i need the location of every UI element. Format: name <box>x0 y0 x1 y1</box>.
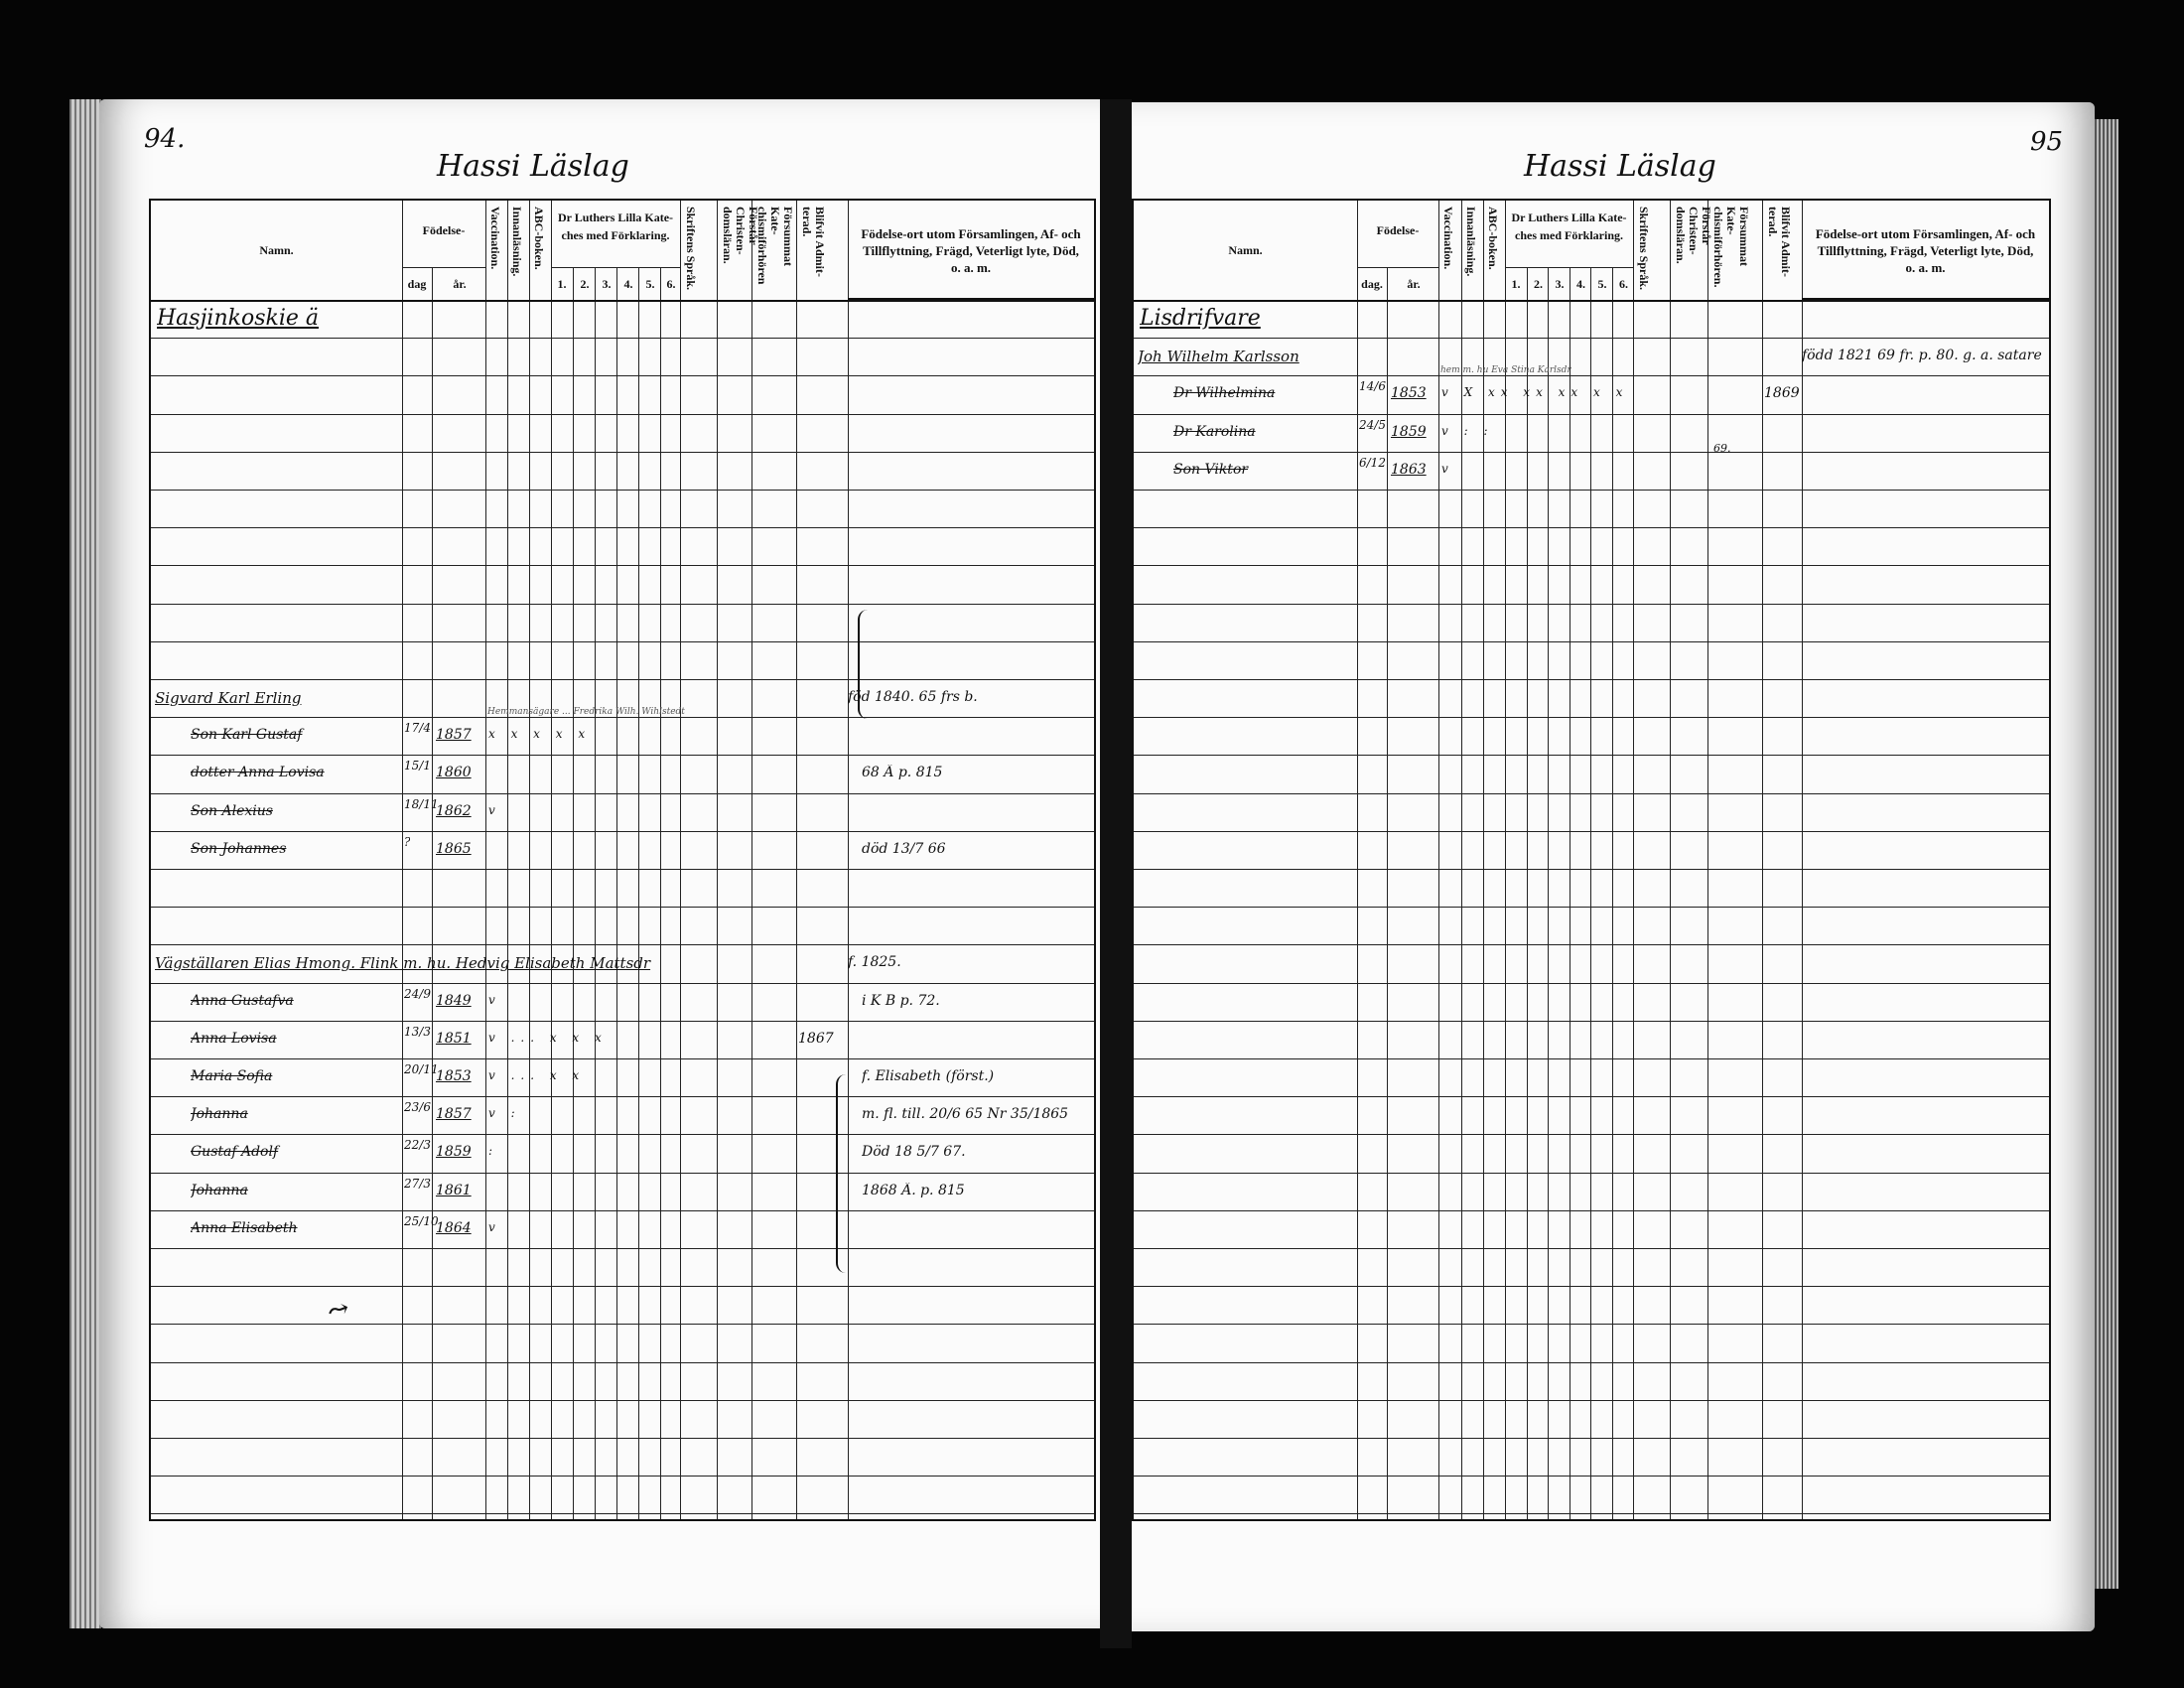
row-rule <box>1134 452 2049 453</box>
entry-birth-year: 1862 <box>436 803 472 819</box>
entry-birth-day: 25/10 <box>404 1214 439 1228</box>
row-rule <box>151 831 1094 832</box>
column-divider <box>1590 267 1591 1519</box>
brace-mark <box>836 1074 848 1273</box>
header-namn: Namn. <box>151 201 402 302</box>
header-katekes-part-3: 3. <box>1548 267 1570 301</box>
entry-birth-day: ? <box>404 835 410 849</box>
header-katekes-part-1: 1. <box>551 267 573 301</box>
entry-note: död 13/7 66 <box>862 841 1092 857</box>
row-rule <box>1134 717 2049 718</box>
entry-name: Son Johannes <box>191 841 398 857</box>
entry-name: Anna Elisabeth <box>191 1220 398 1236</box>
entry-name: Son Viktor <box>1173 462 1353 478</box>
row-rule <box>1134 527 2049 528</box>
entry-marks: v ... x x <box>488 1068 683 1082</box>
header-vaccination: Vaccination. <box>1441 207 1454 269</box>
entry-name: Johanna <box>191 1183 398 1198</box>
header-namn: Namn. <box>1134 201 1357 302</box>
header-anmarkningar: Födelse-ort utom Församlingen, Af- och T… <box>848 201 1094 300</box>
page-heading-left: Hassi Läslag <box>437 149 629 184</box>
column-divider <box>1570 267 1570 1519</box>
column-divider <box>796 201 797 1519</box>
header-katekes-part-2: 2. <box>573 267 596 301</box>
household-head: Vägställaren Elias Hmong. Flink m. hu. H… <box>155 954 846 972</box>
row-rule <box>151 793 1094 794</box>
row-rule <box>151 1248 1094 1249</box>
entry-birth-year: 1849 <box>436 993 472 1009</box>
row-rule <box>151 1324 1094 1325</box>
header-forstar: Förstår Christen-domsläran. <box>721 207 759 296</box>
entry-birth-day: 6/12 <box>1359 456 1386 470</box>
row-rule <box>1134 793 2049 794</box>
entry-birth-year: 1865 <box>436 841 472 857</box>
entry-name: Gustaf Adolf <box>191 1144 398 1160</box>
entry-name: Maria Sofia <box>191 1068 398 1084</box>
row-rule <box>151 414 1094 415</box>
row-rule <box>1134 907 2049 908</box>
header-forstar: Förstår Christen-domsläran. <box>1674 207 1712 296</box>
header-katekes-part-1: 1. <box>1505 267 1527 301</box>
entry-note: 68 Ä p. 815 <box>862 765 1092 780</box>
row-rule <box>151 679 1094 680</box>
header-katekes-part-6: 6. <box>660 267 681 301</box>
row-rule <box>151 1476 1094 1477</box>
column-divider <box>1670 201 1671 1519</box>
entry-marks: v ... x x x <box>488 1031 683 1045</box>
column-divider <box>717 201 718 1519</box>
row-rule <box>1134 869 2049 870</box>
header-abc: ABC-boken. <box>1486 207 1499 270</box>
column-divider <box>1762 201 1763 1519</box>
entry-birth-day: 17/4 <box>404 721 431 735</box>
header-innanlasning: Innanläsning. <box>1464 207 1477 276</box>
row-rule <box>1134 338 2049 339</box>
row-rule <box>1134 1021 2049 1022</box>
entry-birth-day: 24/5 <box>1359 418 1386 432</box>
entry-birth-day: 22/3 <box>404 1138 431 1152</box>
column-divider <box>1438 201 1439 1519</box>
entry-name: Son Alexius <box>191 803 398 819</box>
header-skrift: Skriftens Språk. <box>1637 207 1650 296</box>
entry-birth-year: 1859 <box>436 1144 472 1160</box>
row-rule <box>151 944 1094 945</box>
row-rule <box>1134 565 2049 566</box>
household-head: Joh Wilhelm Karlsson <box>1138 348 1800 365</box>
row-rule <box>1134 1362 2049 1363</box>
header-anmarkningar: Födelse-ort utom Församlingen, Af- och T… <box>1802 201 2049 300</box>
header-admitterad: Blifvit Admit-terad. <box>800 207 826 296</box>
header-admitterad: Blifvit Admit-terad. <box>1766 207 1792 296</box>
row-rule <box>151 375 1094 376</box>
column-divider <box>1612 267 1613 1519</box>
row-rule <box>1134 755 2049 756</box>
entry-marks: v : <box>488 1106 683 1120</box>
header-katekes-part-3: 3. <box>595 267 617 301</box>
column-divider <box>573 267 574 1519</box>
row-rule <box>151 452 1094 453</box>
column-divider <box>402 201 403 1519</box>
row-rule <box>151 1134 1094 1135</box>
ledger-table-right: Namn.Födelse-dag.år.Vaccination.Innanläs… <box>1132 199 2051 1521</box>
brace-mark <box>858 610 870 719</box>
row-rule <box>151 1513 1094 1514</box>
row-rule <box>151 565 1094 566</box>
row-rule <box>151 338 1094 339</box>
row-rule <box>1134 1210 2049 1211</box>
row-rule <box>1134 375 2049 376</box>
header-dag: dag. <box>1357 267 1387 301</box>
row-rule <box>151 1400 1094 1401</box>
entry-note: föd 1840. 65 frs b. <box>848 689 1090 705</box>
header-fodelse: Födelse- <box>1357 201 1438 267</box>
column-divider <box>1357 201 1358 1519</box>
entry-birth-day: 13/3 <box>404 1025 431 1039</box>
row-rule <box>1134 490 2049 491</box>
column-divider <box>751 201 752 1519</box>
entry-marks: v X xx xx xx x x x x <box>1441 385 1636 399</box>
entry-birth-day: 15/1 <box>404 759 431 773</box>
header-forsummat: Försummat Kate-chismiförhören <box>755 207 794 296</box>
row-rule <box>1134 1438 2049 1439</box>
row-rule <box>1134 641 2049 642</box>
column-divider <box>638 267 639 1519</box>
entry-note: m. fl. till. 20/6 65 Nr 35/1865 <box>862 1106 1092 1122</box>
entry-birth-year: 1851 <box>436 1031 472 1047</box>
section-title: Lisdrifvare <box>1140 306 1261 331</box>
book-edge-right <box>2093 119 2118 1589</box>
header-ar: år. <box>432 267 486 301</box>
column-divider <box>1527 267 1528 1519</box>
entry-forsummat: 69. <box>1713 442 1731 455</box>
column-divider <box>848 201 849 1519</box>
column-divider <box>680 201 681 1519</box>
entry-marks: v <box>488 993 683 1007</box>
entry-head-columns: hem m. hu Eva Stina Karlsdr <box>1440 365 1571 375</box>
row-rule <box>151 1021 1094 1022</box>
entry-birth-year: 1860 <box>436 765 472 780</box>
section-title: Hasjinkoskie ä <box>157 306 319 331</box>
entry-birth-day: 24/9 <box>404 987 431 1001</box>
column-divider <box>616 267 617 1519</box>
entry-birth-year: 1857 <box>436 727 472 743</box>
entry-note: Död 18 5/7 67. <box>862 1144 1092 1160</box>
row-rule <box>1134 1096 2049 1097</box>
entry-note: i K B p. 72. <box>862 993 1092 1009</box>
row-rule <box>1134 983 2049 984</box>
row-rule <box>1134 1248 2049 1249</box>
row-rule <box>151 641 1094 642</box>
row-rule <box>1134 1476 2049 1477</box>
entry-birth-day: 27/3 <box>404 1177 431 1191</box>
entry-admitted: 1869 <box>1764 385 1800 401</box>
header-katekes-part-6: 6. <box>1612 267 1634 301</box>
entry-admitted: 1867 <box>798 1031 834 1047</box>
entry-name: Dr Karolina <box>1173 424 1353 440</box>
entry-marks: : <box>488 1144 683 1158</box>
entry-birth-year: 1863 <box>1391 462 1427 478</box>
entry-marks: v <box>488 1220 683 1234</box>
header-ar: år. <box>1387 267 1439 301</box>
entry-note: född 1821 69 fr. p. 80. g. a. satare <box>1802 348 2045 363</box>
row-rule <box>151 1362 1094 1363</box>
row-rule <box>151 1286 1094 1287</box>
row-rule <box>1134 944 2049 945</box>
row-rule <box>1134 1286 2049 1287</box>
page-heading-right: Hassi Läslag <box>1524 149 1716 184</box>
entry-birth-year: 1864 <box>436 1220 472 1236</box>
entry-marks: v : : <box>1441 424 1636 438</box>
page-number-left: 94. <box>144 124 185 154</box>
row-rule <box>1134 1324 2049 1325</box>
column-divider <box>1802 201 1803 1519</box>
column-divider <box>1387 267 1388 1519</box>
row-rule <box>151 717 1094 718</box>
column-divider <box>485 201 486 1519</box>
entry-marks: v <box>488 803 683 817</box>
entry-birth-year: 1859 <box>1391 424 1427 440</box>
entry-birth-year: 1853 <box>436 1068 472 1084</box>
header-fodelse: Födelse- <box>402 201 485 267</box>
row-rule <box>151 983 1094 984</box>
row-rule <box>1134 1134 2049 1135</box>
entry-name: Anna Lovisa <box>191 1031 398 1047</box>
column-divider <box>595 267 596 1519</box>
column-divider <box>432 267 433 1519</box>
page-number-right: 95 <box>2030 127 2063 157</box>
row-rule <box>1134 604 2049 605</box>
header-katekes-part-4: 4. <box>616 267 639 301</box>
row-rule <box>151 604 1094 605</box>
header-katekes: Dr Luthers Lilla Kate-ches med Förklarin… <box>1505 201 1633 268</box>
entry-marks: v <box>1441 462 1636 476</box>
entry-birth-year: 1857 <box>436 1106 472 1122</box>
header-katekes-part-5: 5. <box>1590 267 1613 301</box>
row-rule <box>1134 414 2049 415</box>
entry-birth-year: 1853 <box>1391 385 1427 401</box>
column-divider <box>1548 267 1549 1519</box>
header-katekes-part-4: 4. <box>1570 267 1591 301</box>
column-divider <box>660 267 661 1519</box>
row-rule <box>151 1096 1094 1097</box>
header-skrift: Skriftens Språk. <box>684 207 697 296</box>
column-divider <box>551 201 552 1519</box>
entry-name: Johanna <box>191 1106 398 1122</box>
book-binding <box>1100 99 1132 1648</box>
row-rule <box>1134 831 2049 832</box>
row-rule <box>151 1438 1094 1439</box>
entry-name: Anna Gustafva <box>191 993 398 1009</box>
header-dag: dag <box>402 267 432 301</box>
row-rule <box>151 907 1094 908</box>
header-forsummat: Försummat Kate-chismiförhören. <box>1711 207 1750 296</box>
header-katekes-part-2: 2. <box>1527 267 1549 301</box>
column-divider <box>529 201 530 1519</box>
row-rule <box>1134 1173 2049 1174</box>
row-rule <box>1134 679 2049 680</box>
entry-birth-day: 14/6 <box>1359 379 1386 393</box>
row-rule <box>151 869 1094 870</box>
household-head: Sigvard Karl Erling <box>155 689 846 707</box>
row-rule <box>1134 1400 2049 1401</box>
row-rule <box>1134 1058 2049 1059</box>
ledger-table-left: Namn.Födelse-dagår.Vaccination.Innanläsn… <box>149 199 1096 1521</box>
row-rule <box>151 1210 1094 1211</box>
entry-head-columns: Hemmansägare ... Fredrika Wilh. Wihlsted… <box>487 707 685 717</box>
row-rule <box>151 490 1094 491</box>
row-rule <box>151 1173 1094 1174</box>
book-edge-left <box>69 99 101 1628</box>
header-katekes-part-5: 5. <box>638 267 661 301</box>
entry-marks: x x x x x <box>488 727 683 741</box>
header-katekes: Dr Luthers Lilla Kate-ches med Förklarin… <box>551 201 680 268</box>
entry-note: f. Elisabeth (först.) <box>862 1068 1092 1084</box>
entry-birth-day: 23/6 <box>404 1100 431 1114</box>
entry-name: Dr Wilhelmina <box>1173 385 1353 401</box>
entry-name: dotter Anna Lovisa <box>191 765 398 780</box>
row-rule <box>151 755 1094 756</box>
row-rule <box>1134 1513 2049 1514</box>
entry-name: Son Karl Gustaf <box>191 727 398 743</box>
column-divider <box>507 201 508 1519</box>
entry-birth-day: 18/11 <box>404 797 439 811</box>
entry-note: 1868 Ä. p. 815 <box>862 1183 1092 1198</box>
header-innanlasning: Innanläsning. <box>510 207 523 276</box>
header-abc: ABC-boken. <box>532 207 545 270</box>
header-vaccination: Vaccination. <box>488 207 501 269</box>
entry-birth-day: 20/11 <box>404 1062 439 1076</box>
entry-note: f. 1825. <box>848 954 1090 970</box>
row-rule <box>151 527 1094 528</box>
entry-birth-year: 1861 <box>436 1183 472 1198</box>
column-divider <box>1707 201 1708 1519</box>
row-rule <box>151 1058 1094 1059</box>
